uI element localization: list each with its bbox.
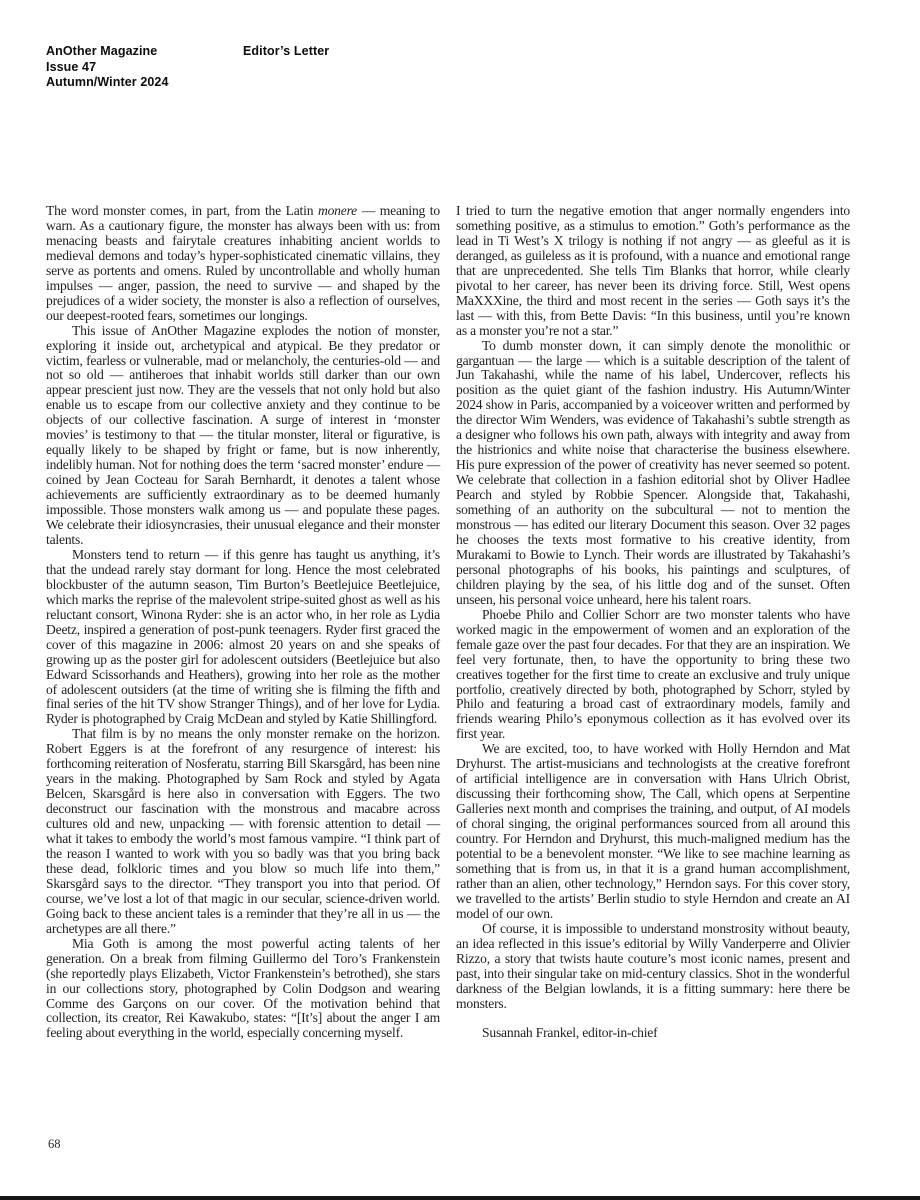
text-segment: Monsters tend to return — if this genre …: [46, 547, 440, 726]
text-segment: We are excited, too, to have worked with…: [456, 741, 850, 920]
paragraph: Mia Goth is among the most powerful acti…: [46, 937, 440, 1042]
paragraph: That film is by no means the only monste…: [46, 727, 440, 936]
paragraph: Monsters tend to return — if this genre …: [46, 548, 440, 727]
text-segment: That film is by no means the only monste…: [46, 726, 440, 935]
text-segment: This issue of AnOther Magazine explodes …: [46, 323, 440, 547]
left-column: The word monster comes, in part, from th…: [46, 204, 440, 1041]
paragraph: To dumb monster down, it can simply deno…: [456, 339, 850, 608]
season-label: Autumn/Winter 2024: [46, 75, 169, 91]
text-segment: The word monster comes, in part, from th…: [46, 203, 318, 218]
masthead: AnOther Magazine Issue 47 Autumn/Winter …: [46, 44, 169, 91]
text-segment: Phoebe Philo and Collier Schorr are two …: [456, 607, 850, 742]
italic-text: monere: [318, 203, 357, 218]
text-segment: I tried to turn the negative emotion tha…: [456, 203, 850, 338]
paragraph: Of course, it is impossible to understan…: [456, 922, 850, 1012]
text-segment: Susannah Frankel, editor-in-chief: [482, 1025, 657, 1040]
text-segment: To dumb monster down, it can simply deno…: [456, 338, 850, 607]
paragraph: The word monster comes, in part, from th…: [46, 204, 440, 324]
right-column: I tried to turn the negative emotion tha…: [456, 204, 850, 1041]
section-label: Editor’s Letter: [243, 44, 329, 60]
page-edge-rule: [0, 1196, 920, 1200]
paragraph: Phoebe Philo and Collier Schorr are two …: [456, 608, 850, 743]
paragraph: We are excited, too, to have worked with…: [456, 742, 850, 921]
text-segment: Mia Goth is among the most powerful acti…: [46, 936, 440, 1041]
text-segment: — meaning to warn. As a cautionary figur…: [46, 203, 440, 323]
paragraph: This issue of AnOther Magazine explodes …: [46, 324, 440, 548]
paragraph: I tried to turn the negative emotion tha…: [456, 204, 850, 339]
signature: Susannah Frankel, editor-in-chief: [456, 1026, 850, 1041]
article-body: The word monster comes, in part, from th…: [46, 204, 850, 1041]
issue-number: Issue 47: [46, 60, 169, 76]
text-segment: Of course, it is impossible to understan…: [456, 921, 850, 1011]
page-number: 68: [48, 1137, 61, 1152]
magazine-title: AnOther Magazine: [46, 44, 169, 60]
